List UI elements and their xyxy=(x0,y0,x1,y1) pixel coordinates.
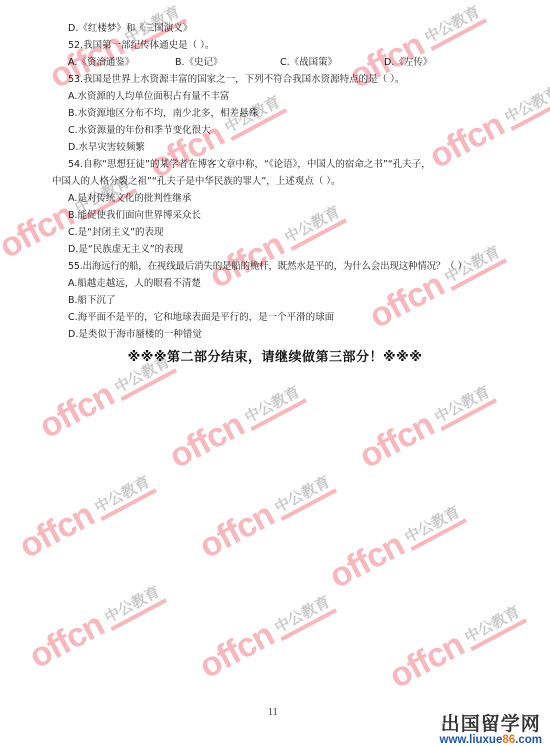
site-logo-name: 出国留学网 xyxy=(440,714,542,734)
page-number: 11 xyxy=(268,707,278,718)
q52-option-c: C.《战国策》 xyxy=(280,56,337,69)
q55-option-d: D.是类似于海市蜃楼的一种错觉 xyxy=(68,328,202,341)
section-end-note: ※※※第二部分结束，请继续做第三部分！※※※ xyxy=(0,346,550,365)
watermark: offcn中公教育 xyxy=(364,235,509,334)
watermark: offcn中公教育 xyxy=(194,585,339,684)
q53-option-b: B.水资源地区分布不均，南少北多，相差悬殊 xyxy=(68,107,258,120)
q51-option-d: D.《红楼梦》和《三国演义》 xyxy=(68,22,192,35)
q54-option-a: A.是对传统文化的批判性继承 xyxy=(68,192,191,205)
watermark: offcn中公教育 xyxy=(194,465,339,564)
site-logo-url: www.liuxue86.com xyxy=(440,734,542,746)
q54-option-c: C.是“封闭主义”的表现 xyxy=(68,226,164,239)
watermark: offcn中公教育 xyxy=(204,195,349,294)
watermark: offcn中公教育 xyxy=(424,75,550,174)
site-logo: 出国留学网 www.liuxue86.com xyxy=(440,714,542,746)
question-54-line-1: 54.自称“思想狂徒”的某学者在博客文章中称，“《论语》，中国人的宿命之书”“孔… xyxy=(68,158,431,171)
q52-option-a: A.《资治通鉴》 xyxy=(68,56,134,69)
watermark: offcn中公教育 xyxy=(14,465,159,564)
q53-option-c: C.水资源量的年份和季节变化很大 xyxy=(68,124,211,137)
watermark: offcn中公教育 xyxy=(384,595,529,694)
watermark: offcn中公教育 xyxy=(354,375,499,474)
q55-option-b: B.船下沉了 xyxy=(68,294,116,307)
q52-option-d: D.《左传》 xyxy=(384,56,432,69)
q54-option-b: B.能促使我们面向世界博采众长 xyxy=(68,209,201,222)
watermark: offcn中公教育 xyxy=(324,495,469,594)
watermark: offcn中公教育 xyxy=(24,575,169,674)
q55-option-c: C.海平面不是平的，它和地球表面是平行的，是一个平滑的球面 xyxy=(68,311,334,324)
q55-option-a: A.船越走越远，人的眼看不清楚 xyxy=(68,277,201,290)
q54-option-d: D.是“民族虚无主义”的表现 xyxy=(68,243,183,256)
question-53: 53.我国是世界上水资源丰富的国家之一，下列不符合我国水资源特点的是（ ）。 xyxy=(68,73,404,86)
q53-option-a: A.水资源的人均单位面积占有量不丰富 xyxy=(68,90,229,103)
question-55: 55.出海远行的船，在视线最后消失的是船的桅杆，既然水是平的，为什么会出现这种情… xyxy=(68,260,467,273)
q53-option-d: D.水旱灾害较频繁 xyxy=(68,141,145,154)
q52-option-b: B.《史记》 xyxy=(175,56,223,69)
question-54-line-2: 中国人的人格分裂之祖”“孔夫子是中华民族的罪人”，上述观点（ ）。 xyxy=(52,175,341,188)
watermark: offcn中公教育 xyxy=(164,375,309,474)
question-52: 52.我国第一部纪传体通史是（ ）。 xyxy=(68,39,214,52)
